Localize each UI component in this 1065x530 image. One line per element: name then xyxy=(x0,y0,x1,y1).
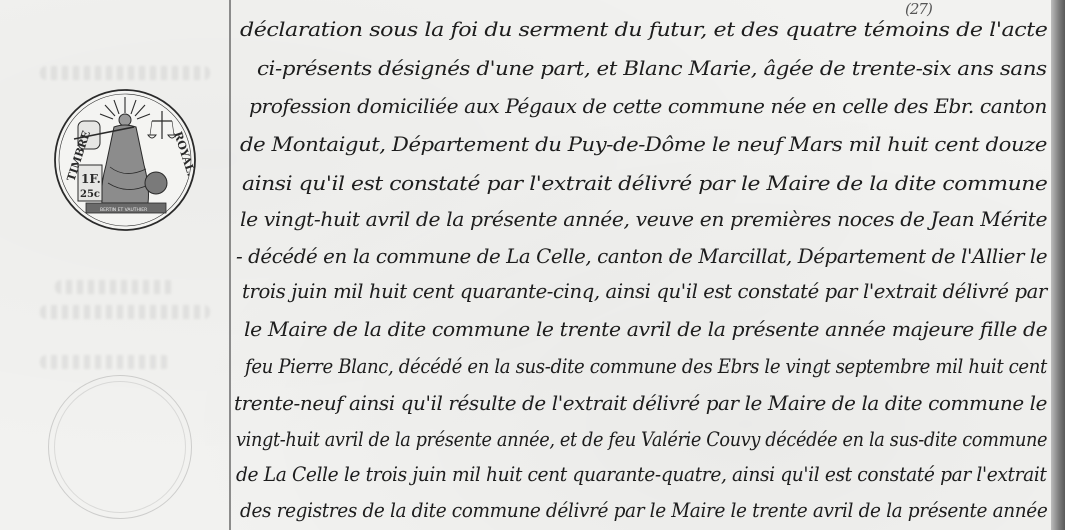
stamp-seal-icon: TIMBRE ROYAL. 1F. 25c BERTIN ET VAUTHIER xyxy=(52,87,198,233)
handwritten-line: de La Celle le trois juin mil huit cent … xyxy=(236,463,1047,486)
bleed-through-stamp xyxy=(48,375,192,519)
bleed-through-text xyxy=(55,280,175,294)
royal-tax-stamp: TIMBRE ROYAL. 1F. 25c BERTIN ET VAUTHIER xyxy=(52,87,198,233)
document-page: TIMBRE ROYAL. 1F. 25c BERTIN ET VAUTHIER… xyxy=(0,0,1065,530)
stamp-value-francs: 1F. xyxy=(81,172,101,186)
handwritten-line: le vingt-huit avril de la présente année… xyxy=(240,208,1047,231)
margin-rule xyxy=(229,0,231,530)
handwritten-line: le Maire de la dite commune le trente av… xyxy=(244,318,1047,341)
page-binding-edge xyxy=(1051,0,1065,530)
stamp-value-centimes: 25c xyxy=(80,189,100,200)
handwritten-line: trente-neuf ainsi qu'il résulte de l'ext… xyxy=(234,392,1047,415)
handwritten-line: des registres de la dite commune délivré… xyxy=(240,499,1047,522)
handwritten-line: - décédé en la commune de La Celle, cant… xyxy=(236,245,1047,268)
handwritten-line: feu Pierre Blanc, décédé en la sus-dite … xyxy=(245,355,1047,378)
handwritten-line: vingt-huit avril de la présente année, e… xyxy=(236,428,1047,451)
left-margin: TIMBRE ROYAL. 1F. 25c BERTIN ET VAUTHIER xyxy=(0,0,230,530)
handwritten-text-body: déclaration sous la foi du serment du fu… xyxy=(232,0,1052,530)
bleed-through-text xyxy=(40,355,170,369)
handwritten-line: ainsi qu'il est constaté par l'extrait d… xyxy=(242,172,1047,195)
handwritten-line: trois juin mil huit cent quarante-cinq, … xyxy=(242,280,1047,303)
handwritten-line: profession domiciliée aux Pégaux de cett… xyxy=(249,95,1047,118)
handwritten-line: de Montaigut, Département du Puy-de-Dôme… xyxy=(240,133,1047,156)
handwritten-line: déclaration sous la foi du serment du fu… xyxy=(240,18,1047,41)
bleed-through-text xyxy=(40,305,210,319)
bleed-through-text xyxy=(40,66,210,80)
stamp-engraver: BERTIN ET VAUTHIER xyxy=(100,207,147,213)
handwritten-line: ci-présents désignés d'une part, et Blan… xyxy=(257,57,1047,80)
